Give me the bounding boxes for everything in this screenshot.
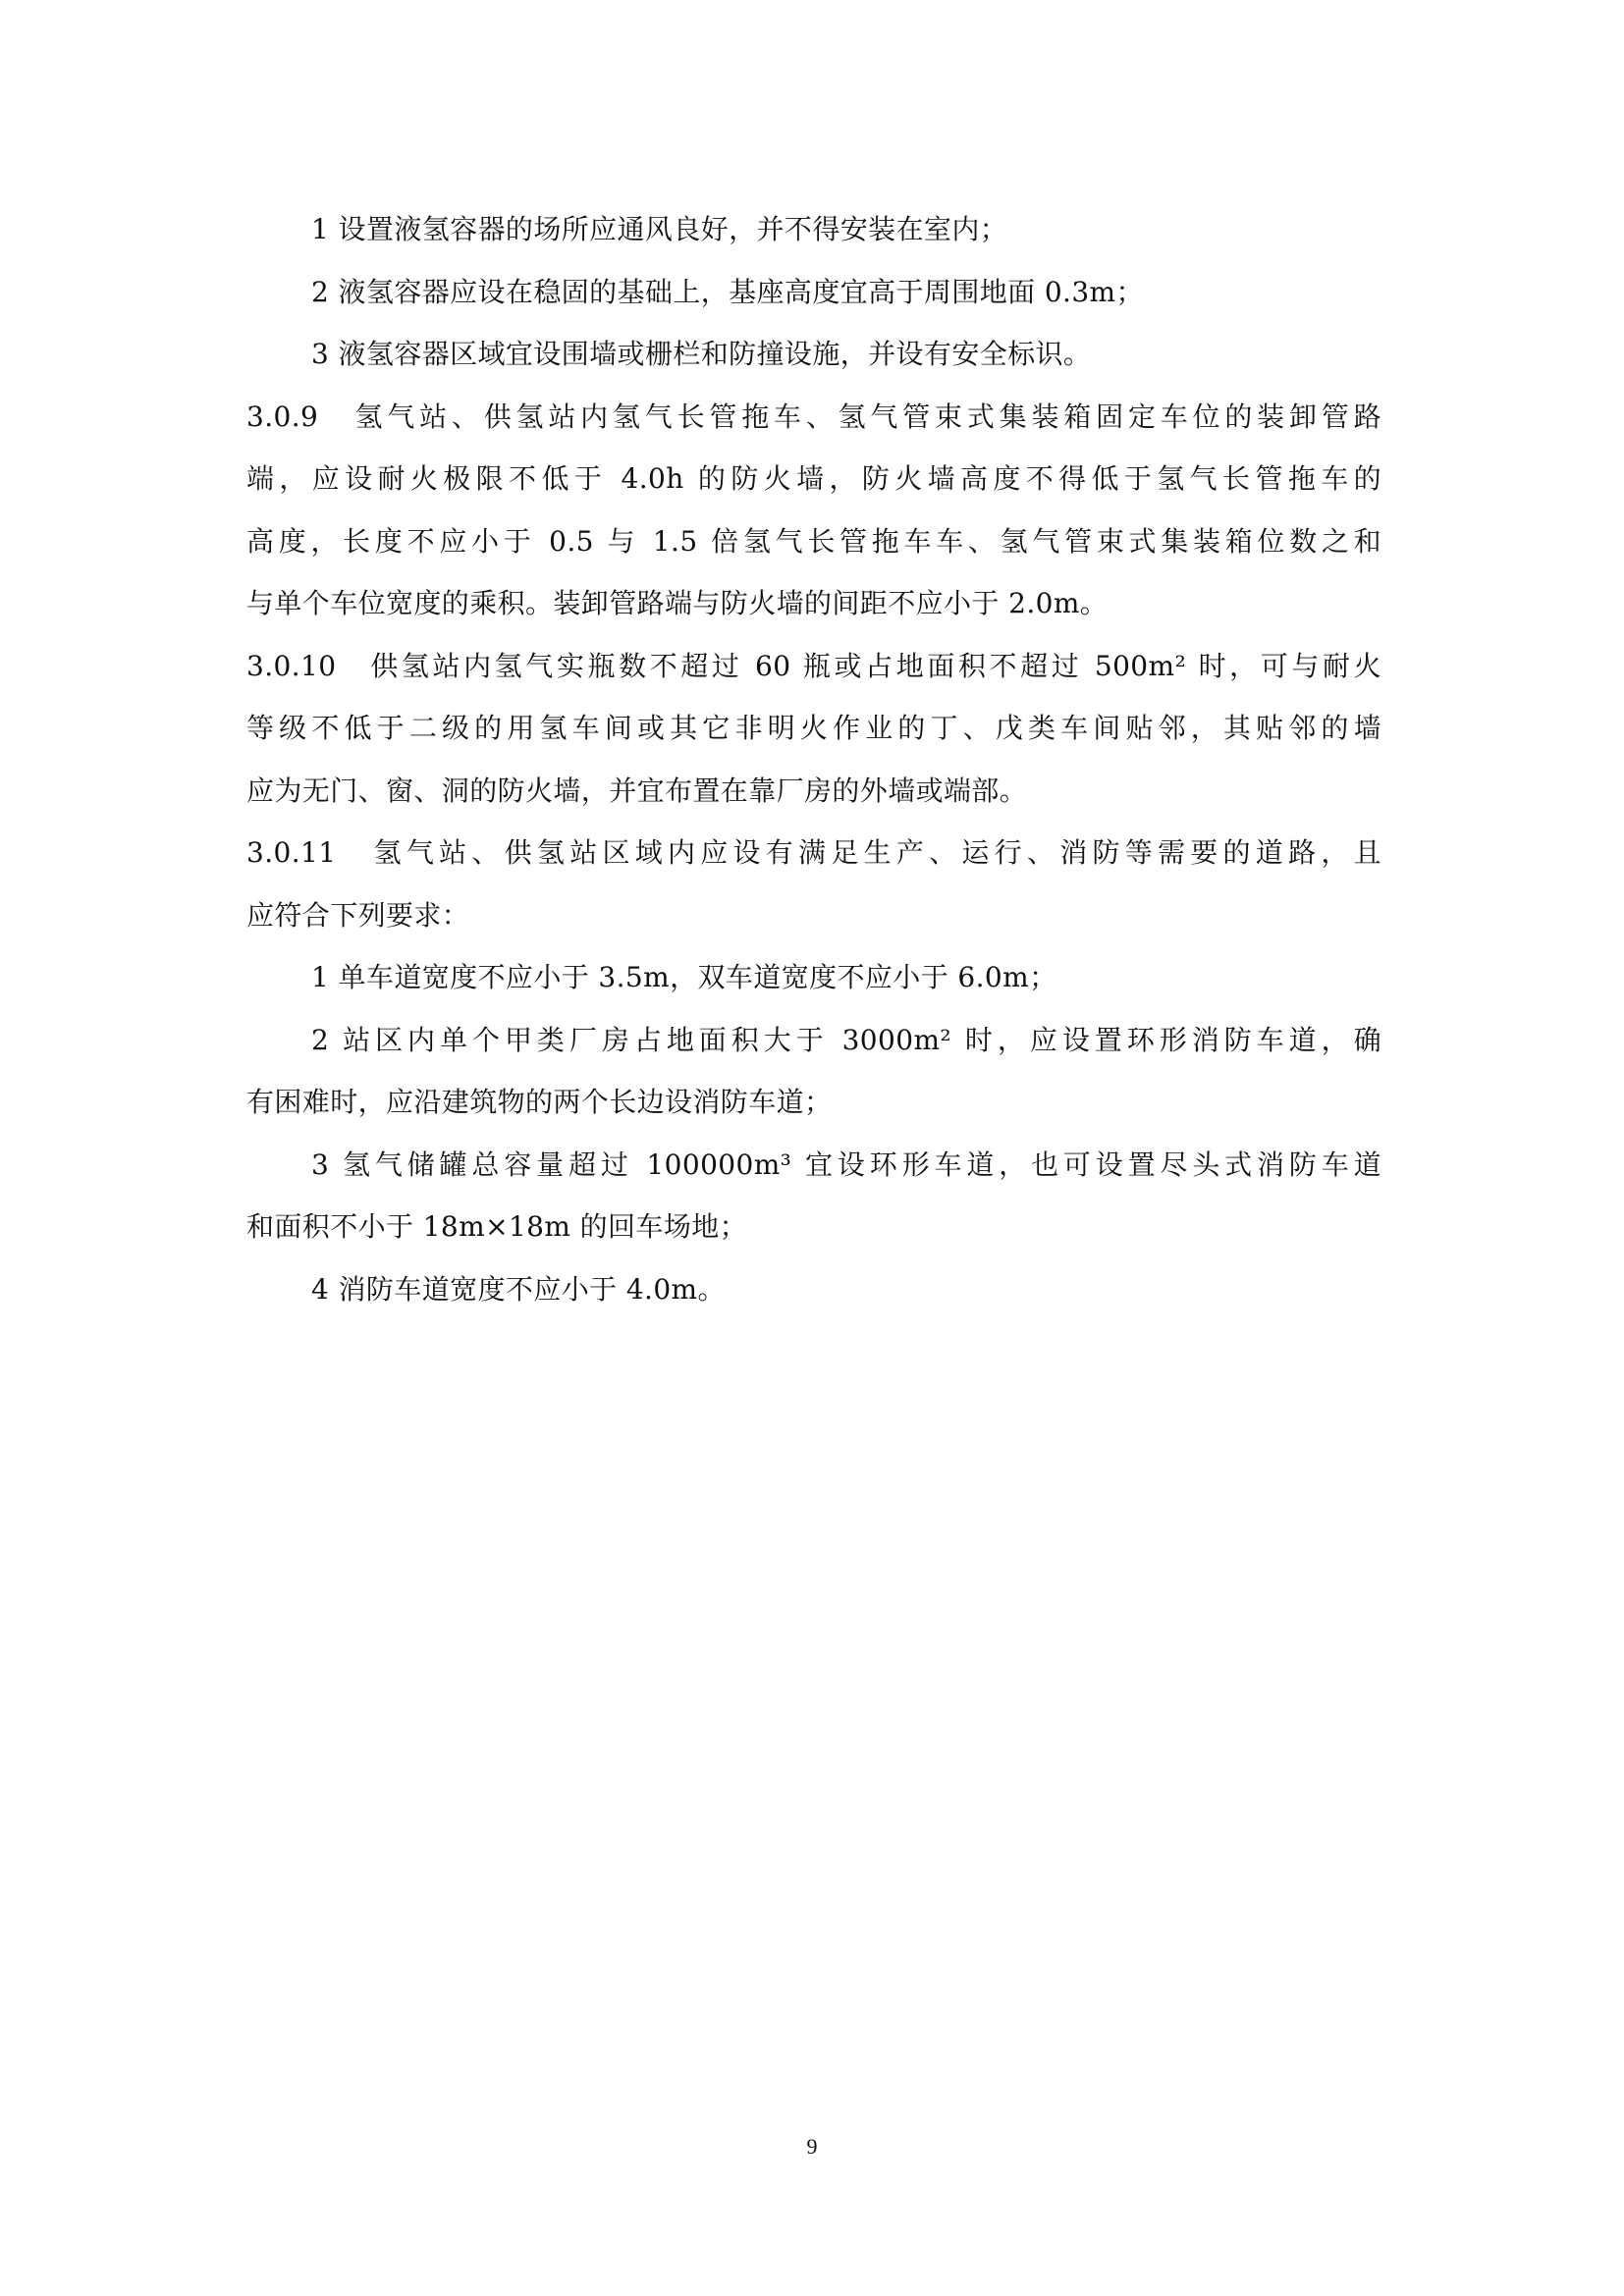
clause-3-0-9-line-4: 与单个车位宽度的乘积。装卸管路端与防火墙的间距不应小于 2.0m。	[246, 582, 1381, 645]
list-item-liquid-hydrogen-foundation: 2 液氢容器应设在稳固的基础上，基座高度宜高于周围地面 0.3m；	[246, 271, 1381, 334]
page-number: 9	[0, 2134, 1624, 2160]
page-content: 1 设置液氢容器的场所应通风良好，并不得安装在室内； 2 液氢容器应设在稳固的基…	[246, 208, 1381, 1330]
clause-3-0-9-line-2: 端，应设耐火极限不低于 4.0h 的防火墙，防火墙高度不得低于氢气长管拖车的	[246, 457, 1381, 520]
list-item-liquid-hydrogen-ventilation: 1 设置液氢容器的场所应通风良好，并不得安装在室内；	[246, 208, 1381, 271]
requirement-item-3-line-1: 3 氢气储罐总容量超过 100000m³ 宜设环形车道，也可设置尽头式消防车道	[246, 1144, 1381, 1206]
requirement-item-4: 4 消防车道宽度不应小于 4.0m。	[246, 1268, 1381, 1331]
clause-3-0-11-line-2: 应符合下列要求：	[246, 894, 1381, 957]
list-item-liquid-hydrogen-fence: 3 液氢容器区域宜设围墙或栅栏和防撞设施，并设有安全标识。	[246, 333, 1381, 396]
requirement-item-2-line-2: 有困难时，应沿建筑物的两个长边设消防车道；	[246, 1081, 1381, 1144]
clause-3-0-10-line-1: 3.0.10 供氢站内氢气实瓶数不超过 60 瓶或占地面积不超过 500m² 时…	[246, 645, 1381, 708]
requirement-item-3-line-2: 和面积不小于 18m×18m 的回车场地；	[246, 1205, 1381, 1268]
requirement-item-1: 1 单车道宽度不应小于 3.5m，双车道宽度不应小于 6.0m；	[246, 956, 1381, 1019]
requirement-item-2-line-1: 2 站区内单个甲类厂房占地面积大于 3000m² 时，应设置环形消防车道，确	[246, 1019, 1381, 1082]
document-page: 1 设置液氢容器的场所应通风良好，并不得安装在室内； 2 液氢容器应设在稳固的基…	[0, 0, 1624, 2296]
clause-3-0-9-line-1: 3.0.9 氢气站、供氢站内氢气长管拖车、氢气管束式集装箱固定车位的装卸管路	[246, 396, 1381, 458]
clause-3-0-11-line-1: 3.0.11 氢气站、供氢站区域内应设有满足生产、运行、消防等需要的道路，且	[246, 831, 1381, 894]
clause-3-0-10-line-3: 应为无门、窗、洞的防火墙，并宜布置在靠厂房的外墙或端部。	[246, 770, 1381, 832]
clause-3-0-9-line-3: 高度，长度不应小于 0.5 与 1.5 倍氢气长管拖车车、氢气管束式集装箱位数之…	[246, 520, 1381, 583]
clause-3-0-10-line-2: 等级不低于二级的用氢车间或其它非明火作业的丁、戊类车间贴邻，其贴邻的墙	[246, 707, 1381, 770]
